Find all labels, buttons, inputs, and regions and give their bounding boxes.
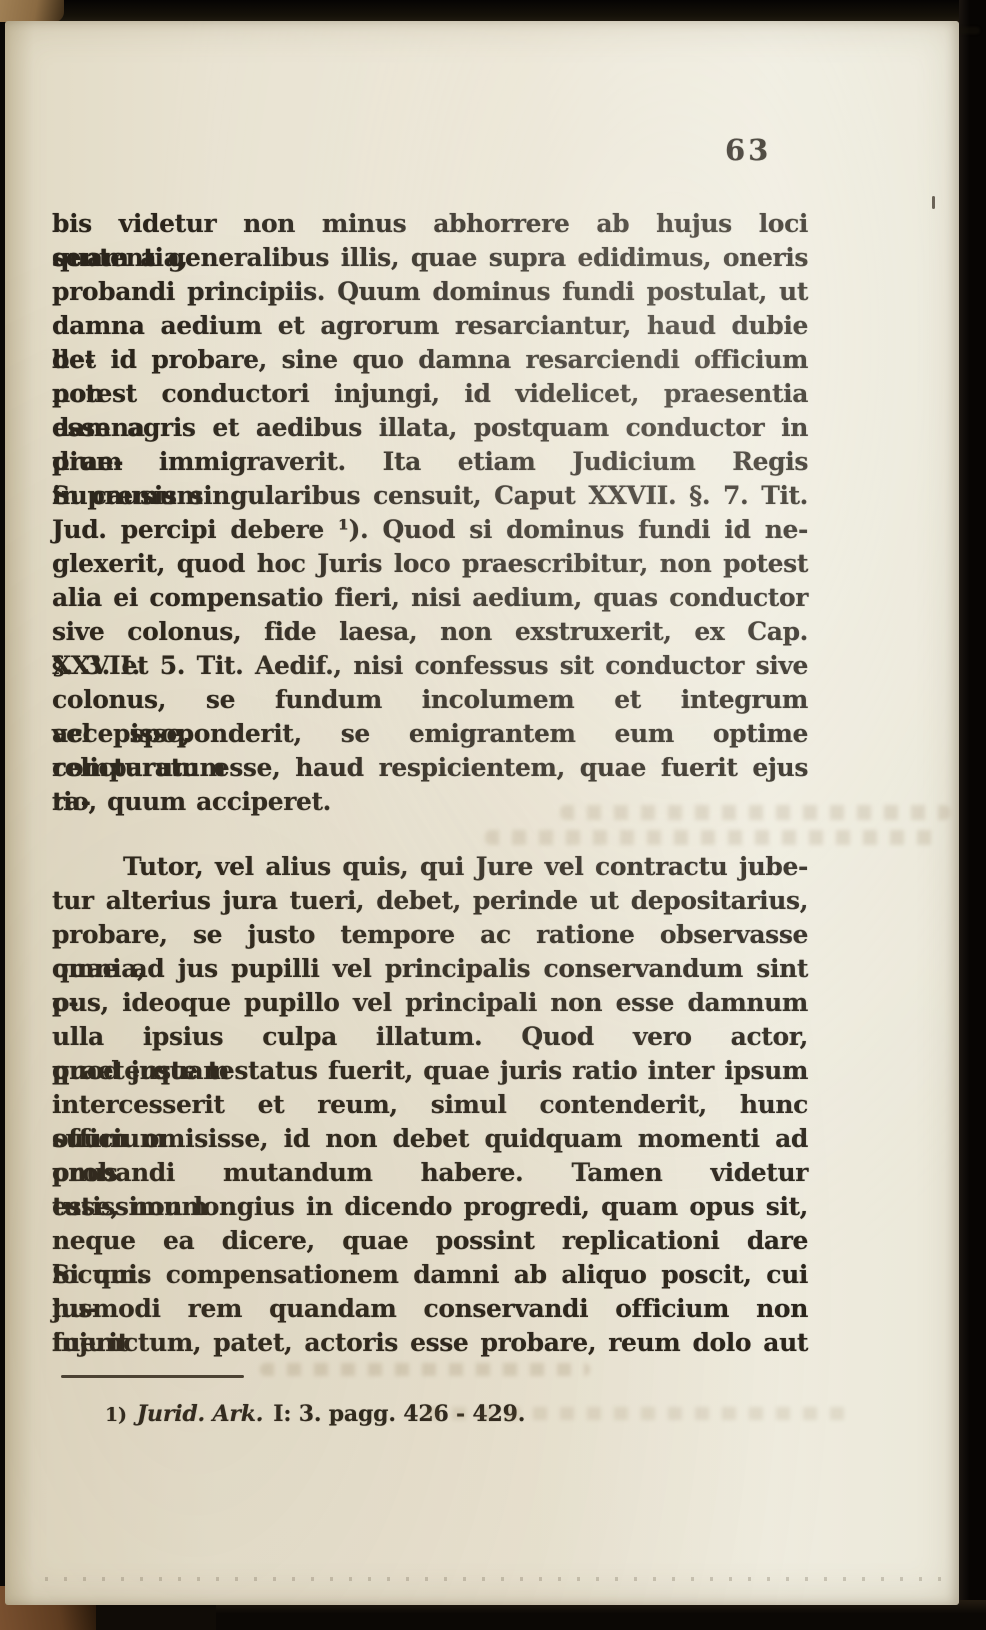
text-line: esse, non longius in dicendo progredi, q…: [52, 1190, 808, 1224]
text-line: quae ad jus pupilli vel principalis cons…: [52, 952, 808, 986]
text-line: in causis singularibus censuit, Caput XX…: [52, 479, 808, 513]
text-line: probandi mutandum habere. Tamen videtur …: [52, 1156, 808, 1190]
text-line: sive colonus, fide laesa, non exstruxeri…: [52, 615, 808, 649]
text-line: Si quis compensationem damni ab aliquo p…: [52, 1258, 808, 1292]
text-line: tio, quum acciperet.: [52, 785, 808, 819]
text-line: §. 3. et 5. Tit. Aedif., nisi confessus …: [52, 649, 808, 683]
text-line: Tutor, vel alius quis, qui Jure vel cont…: [52, 850, 808, 884]
footnote-rule: [61, 1375, 244, 1378]
text-line: injunctum, patet, actoris esse probare, …: [52, 1326, 808, 1360]
text-line: quod juste testatus fuerit, quae juris r…: [52, 1054, 808, 1088]
text-line: dium immigraverit. Ita etiam Judicium Re…: [52, 445, 808, 479]
text-line: vel spoponderit, se emigrantem eum optim…: [52, 717, 808, 751]
ink-speck: [932, 196, 935, 209]
text-line: neque ea dicere, quae possint replicatio…: [52, 1224, 808, 1258]
text-line: bet id probare, sine quo damna resarcien…: [52, 343, 808, 377]
text-line: Jud. percipi debere ¹). Quod si dominus …: [52, 513, 808, 547]
text-line: damna aedium et agrorum resarciantur, ha…: [52, 309, 808, 343]
text-line: tur alterius jura tueri, debet, perinde …: [52, 884, 808, 918]
paragraph: bis videtur non minus abhorrere ab hujus…: [52, 207, 808, 819]
paper-stitch-dots: [45, 1577, 957, 1581]
text-line: bis videtur non minus abhorrere ab hujus…: [52, 207, 808, 241]
paragraph: Tutor, vel alius quis, qui Jure vel cont…: [52, 850, 808, 1360]
book-page: 63 bis videtur non minus abhorrere ab hu…: [5, 21, 959, 1605]
footnote-citation: I: 3. pagg. 426 - 429.: [273, 1401, 525, 1427]
text-line: pus, ideoque pupillo vel principali non …: [52, 986, 808, 1020]
text-line: intercesserit et reum, simul contenderit…: [52, 1088, 808, 1122]
showthrough-smudge: [425, 1407, 855, 1420]
text-line: jusmodi rem quandam conservandi officium…: [52, 1292, 808, 1326]
text-line: esse agris et aedibus illata, postquam c…: [52, 411, 808, 445]
scan-border-right: [959, 0, 986, 1630]
text-line: potest conductori injungi, id videlicet,…: [52, 377, 808, 411]
text-line: probare, se justo tempore ac ratione obs…: [52, 918, 808, 952]
showthrough-smudge: [260, 1363, 590, 1376]
footnote: 1)Jurid. Ark.I: 3. pagg. 426 - 429.: [105, 1401, 805, 1427]
text-line: colonus, se fundum incolumem et integrum…: [52, 683, 808, 717]
text-line: glexerit, quod hoc Juris loco praescribi…: [52, 547, 808, 581]
footnote-marker: 1): [105, 1404, 127, 1426]
body-text: bis videtur non minus abhorrere ab hujus…: [52, 207, 808, 1360]
binding-leather-corner-top: [0, 0, 64, 22]
page-number: 63: [725, 133, 771, 167]
text-line: probandi principiis. Quum dominus fundi …: [52, 275, 808, 309]
text-line: relicturum esse, haud respicientem, quae…: [52, 751, 808, 785]
showthrough-smudge: [485, 830, 940, 845]
showthrough-smudge: [560, 805, 950, 820]
text-line: quam a generalibus illis, quae supra edi…: [52, 241, 808, 275]
footnote-source: Jurid. Ark.: [137, 1401, 263, 1427]
text-line: ulla ipsius culpa illatum. Quod vero act…: [52, 1020, 808, 1054]
text-line: suum omisisse, id non debet quidquam mom…: [52, 1122, 808, 1156]
scan-border-top: [0, 0, 986, 23]
text-line: alia ei compensatio fieri, nisi aedium, …: [52, 581, 808, 615]
